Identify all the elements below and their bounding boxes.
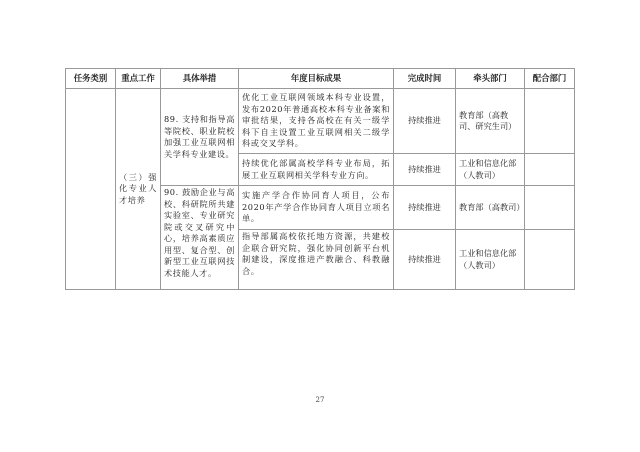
goal-lead: 工业和信息化部（人教司） (456, 154, 525, 186)
goal-coop (525, 186, 575, 230)
goal-lead: 教育部（高教司） (456, 186, 525, 230)
category-cell (66, 89, 116, 290)
task-table: 任务类别 重点工作 具体举措 年度目标成果 完成时间 牵头部门 配合部门 （三）… (65, 68, 575, 290)
goal-time: 持续推进 (394, 89, 456, 154)
goal-result: 持续优化部属高校学科专业布局，拓展工业互联网相关学科专业方向。 (239, 154, 394, 186)
goal-lead: 教育部（高教司、研究生司） (456, 89, 525, 154)
goal-result: 指导部属高校依托地方资源，共建校企联合研究院，强化协同创新平台机制建设，深度推进… (239, 230, 394, 290)
header-annual-goals: 年度目标成果 (239, 69, 394, 89)
goal-time: 持续推进 (394, 186, 456, 230)
header-completion-time: 完成时间 (394, 69, 456, 89)
header-key-work: 重点工作 (116, 69, 161, 89)
goal-coop (525, 154, 575, 186)
page-number: 27 (0, 396, 640, 404)
header-category: 任务类别 (66, 69, 116, 89)
goal-lead: 工业和信息化部（人教司） (456, 230, 525, 290)
measure-90: 90. 鼓励企业与高校、科研院所共建实验室、专业研究院或交叉研究中心，培养高素质… (161, 186, 239, 290)
header-row: 任务类别 重点工作 具体举措 年度目标成果 完成时间 牵头部门 配合部门 (66, 69, 575, 89)
key-work-cell: （三）强化专业人才培养 (116, 89, 161, 290)
header-coop-dept: 配合部门 (525, 69, 575, 89)
header-measures: 具体举措 (161, 69, 239, 89)
goal-time: 持续推进 (394, 154, 456, 186)
measure-89: 89. 支持和指导高等院校、职业院校加强工业互联网相关学科专业建设。 (161, 89, 239, 186)
goal-result: 实施产学合作协同育人项目，公布2020年产学合作协同育人项目立项名单。 (239, 186, 394, 230)
table-row: （三）强化专业人才培养 89. 支持和指导高等院校、职业院校加强工业互联网相关学… (66, 89, 575, 154)
header-lead-dept: 牵头部门 (456, 69, 525, 89)
goal-time: 持续推进 (394, 230, 456, 290)
goal-coop (525, 230, 575, 290)
goal-result: 优化工业互联网领域本科专业设置，发布2020年普通高校本科专业备案和审批结果，支… (239, 89, 394, 154)
goal-coop (525, 89, 575, 154)
